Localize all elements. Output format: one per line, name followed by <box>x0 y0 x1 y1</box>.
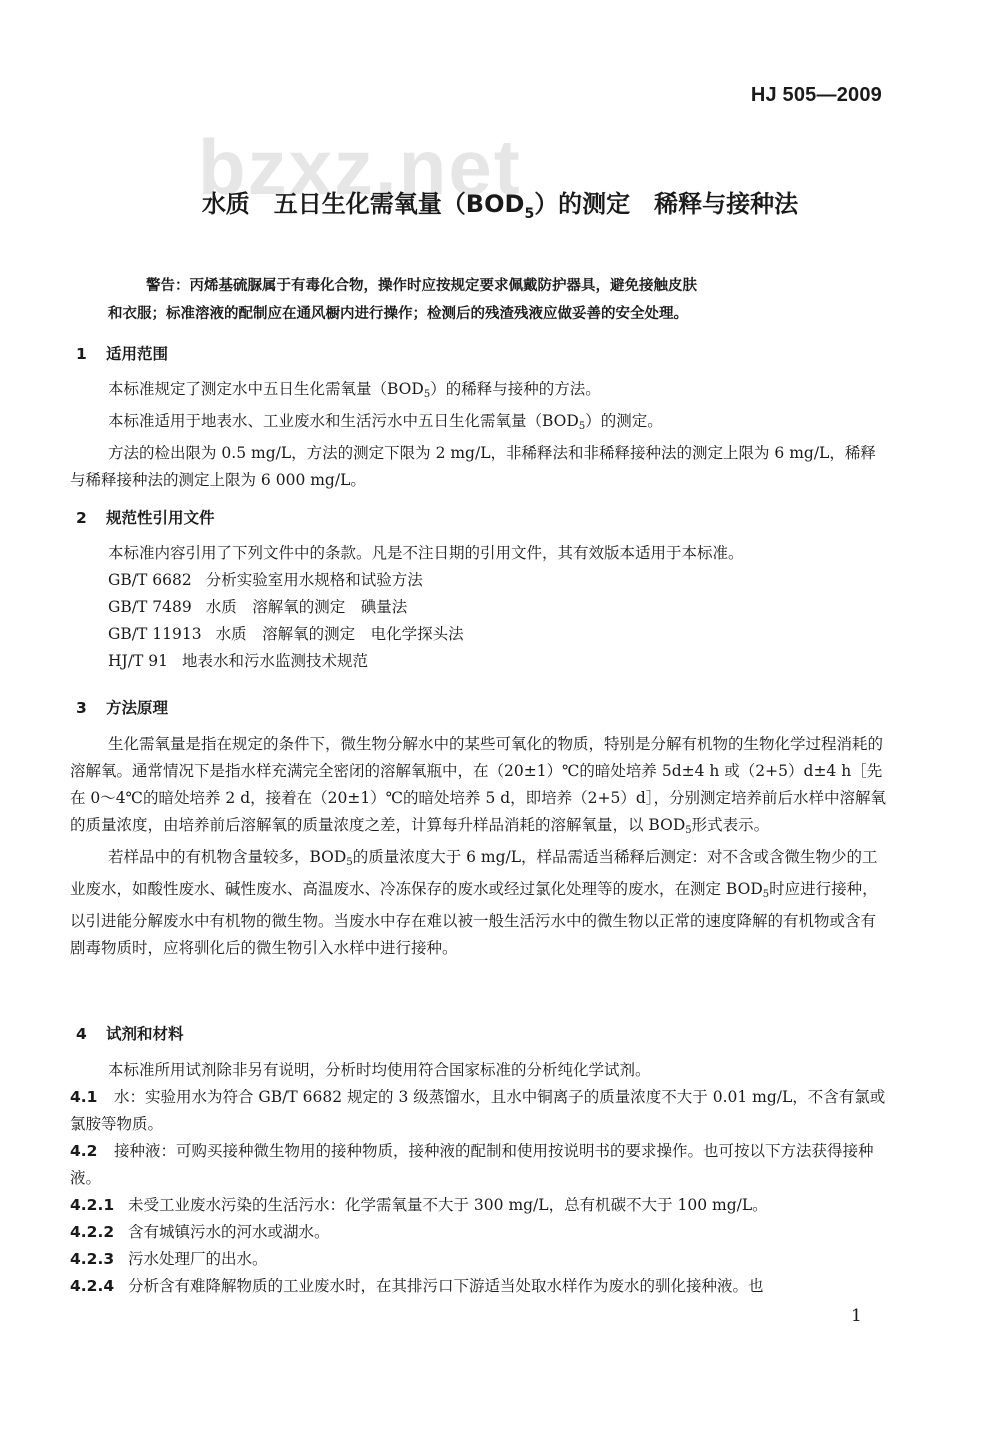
paragraph: 本标准适用于地表水、工业废水和生活污水中五日生化需氧量（BOD5）的测定。 <box>70 408 890 440</box>
section-3-heading: 3方法原理 <box>76 696 168 718</box>
document-title: 水质 五日生化需氧量（BOD5）的测定 稀释与接种法 <box>0 184 1000 222</box>
section-4-heading: 4试剂和材料 <box>76 1022 184 1044</box>
paragraph: 本标准所用试剂除非另有说明，分析时均使用符合国家标准的分析纯化学试剂。 <box>70 1057 890 1084</box>
section-3-body: 生化需氧量是指在规定的条件下，微生物分解水中的某些可氧化的物质，特别是分解有机物… <box>70 731 890 962</box>
reference-item: HJ/T 91地表水和污水监测技术规范 <box>108 648 464 675</box>
clause-4-2-2: 4.2.2含有城镇污水的河水或湖水。 <box>70 1219 890 1246</box>
warning-line-2: 和衣服；标准溶液的配制应在通风橱内进行操作；检测后的残渣残液应做妥善的安全处理。 <box>108 300 888 328</box>
section-1-heading: 1适用范围 <box>76 342 168 364</box>
section-title: 适用范围 <box>106 345 168 363</box>
section-number: 4 <box>76 1025 106 1043</box>
paragraph: 方法的检出限为 0.5 mg/L，方法的测定下限为 2 mg/L，非稀释法和非稀… <box>70 440 890 494</box>
warning-line-1: 警告：丙烯基硫脲属于有毒化合物，操作时应按规定要求佩戴防护器具，避免接触皮肤 <box>108 272 888 300</box>
paragraph: 本标准规定了测定水中五日生化需氧量（BOD5）的稀释与接种的方法。 <box>70 376 890 408</box>
title-text-2: ）的测定 稀释与接种法 <box>534 190 798 218</box>
clause-4-2-1: 4.2.1未受工业废水污染的生活污水：化学需氧量不大于 300 mg/L，总有机… <box>70 1192 890 1219</box>
section-4-body: 本标准所用试剂除非另有说明，分析时均使用符合国家标准的分析纯化学试剂。 4.1水… <box>70 1057 890 1300</box>
section-1-body: 本标准规定了测定水中五日生化需氧量（BOD5）的稀释与接种的方法。 本标准适用于… <box>70 376 890 494</box>
paragraph: 生化需氧量是指在规定的条件下，微生物分解水中的某些可氧化的物质，特别是分解有机物… <box>70 731 890 844</box>
section-title: 方法原理 <box>106 699 168 717</box>
section-2-heading: 2规范性引用文件 <box>76 506 215 528</box>
clause-4-2-3: 4.2.3污水处理厂的出水。 <box>70 1246 890 1273</box>
title-subscript: 5 <box>524 206 534 222</box>
reference-list: GB/T 6682分析实验室用水规格和试验方法 GB/T 7489水质 溶解氧的… <box>108 567 464 675</box>
section-title: 试剂和材料 <box>106 1025 184 1043</box>
reference-item: GB/T 7489水质 溶解氧的测定 碘量法 <box>108 594 464 621</box>
clause-4-1: 4.1水：实验用水为符合 GB/T 6682 规定的 3 级蒸馏水，且水中铜离子… <box>70 1084 890 1138</box>
section-number: 1 <box>76 345 106 363</box>
clause-4-2: 4.2接种液：可购买接种微生物用的接种物质，接种液的配制和使用按说明书的要求操作… <box>70 1138 890 1192</box>
section-2-intro: 本标准内容引用了下列文件中的条款。凡是不注日期的引用文件，其有效版本适用于本标准… <box>70 540 890 567</box>
title-text-1: 水质 五日生化需氧量（BOD <box>202 190 525 218</box>
section-title: 规范性引用文件 <box>106 509 215 527</box>
section-number: 2 <box>76 509 106 527</box>
standard-number: HJ 505—2009 <box>751 84 882 107</box>
clause-4-2-4: 4.2.4分析含有难降解物质的工业废水时，在其排污口下游适当处取水样作为废水的驯… <box>70 1273 890 1300</box>
paragraph: 本标准内容引用了下列文件中的条款。凡是不注日期的引用文件，其有效版本适用于本标准… <box>70 540 890 567</box>
page-number: 1 <box>851 1306 862 1326</box>
section-number: 3 <box>76 699 106 717</box>
warning-block: 警告：丙烯基硫脲属于有毒化合物，操作时应按规定要求佩戴防护器具，避免接触皮肤 和… <box>108 272 888 328</box>
reference-item: GB/T 6682分析实验室用水规格和试验方法 <box>108 567 464 594</box>
paragraph: 若样品中的有机物含量较多，BOD5的质量浓度大于 6 mg/L，样品需适当稀释后… <box>70 844 890 962</box>
reference-item: GB/T 11913水质 溶解氧的测定 电化学探头法 <box>108 621 464 648</box>
